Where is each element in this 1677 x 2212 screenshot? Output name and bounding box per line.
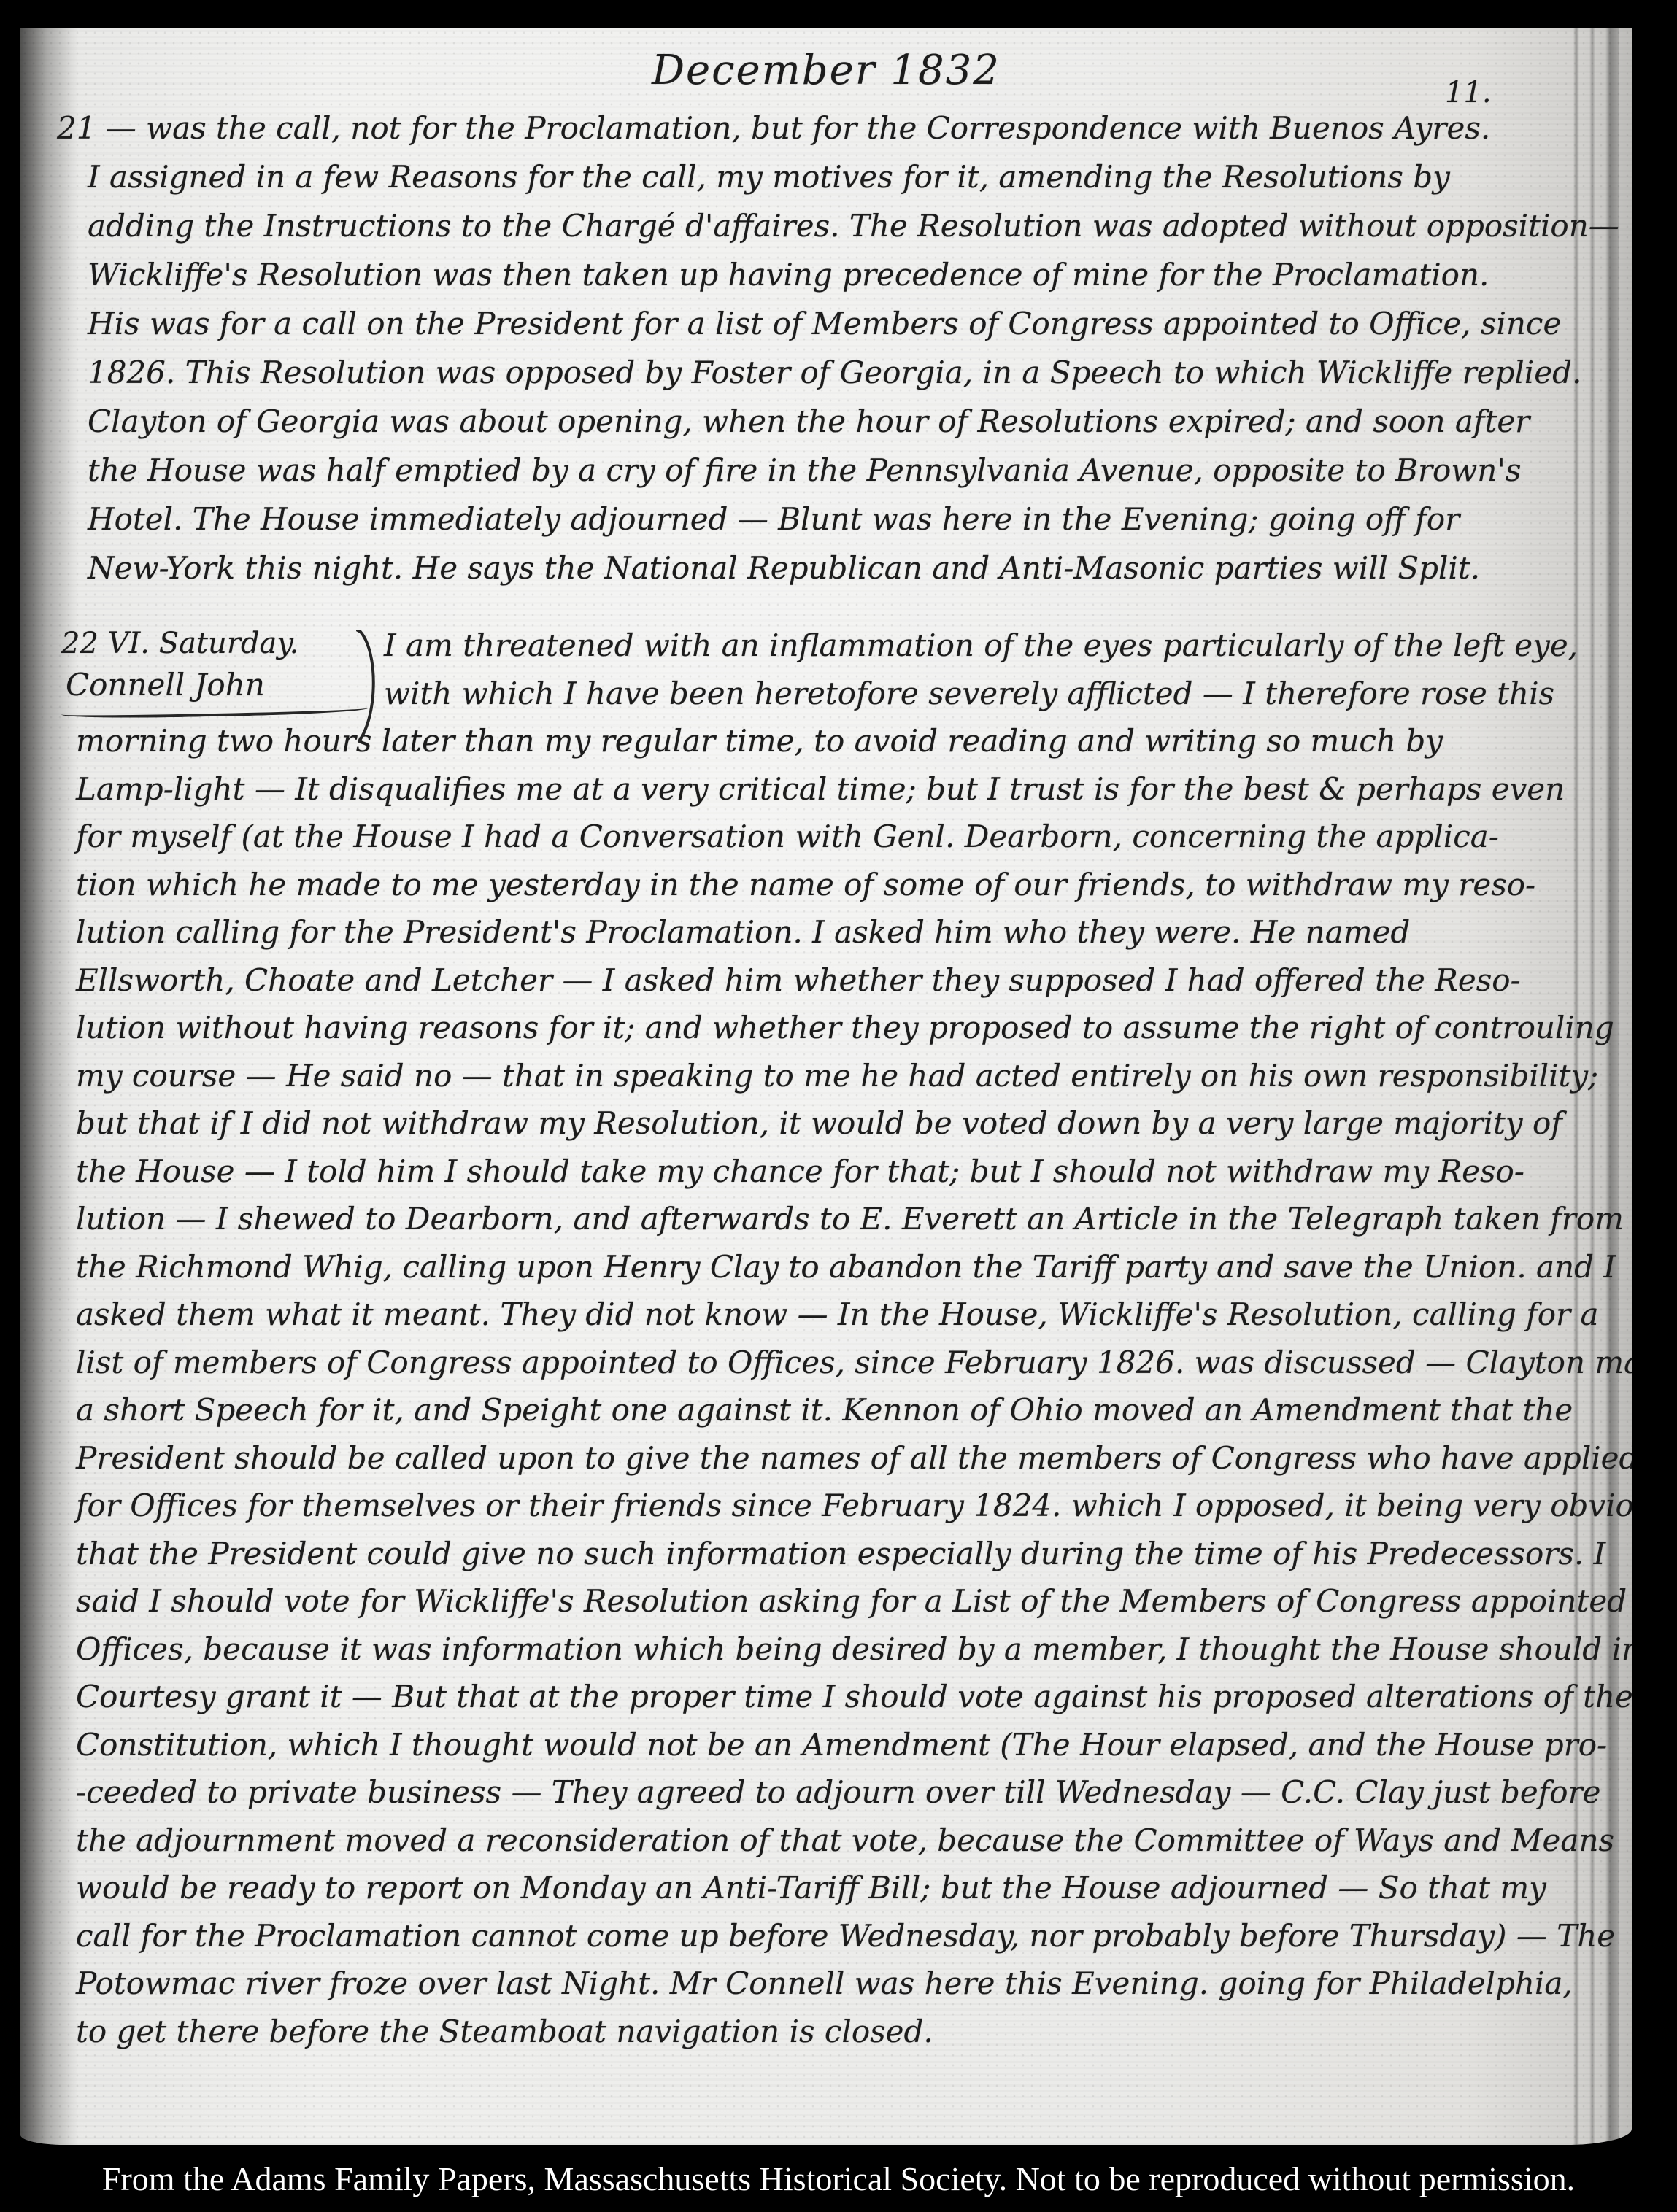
manuscript-line: call for the Proclamation cannot come up… <box>57 1912 1597 1960</box>
manuscript-line: Lamp-light — It disqualifies me at a ver… <box>57 765 1597 813</box>
manuscript-line: adding the Instructions to the Chargé d'… <box>57 201 1597 250</box>
manuscript-line: the House was half emptied by a cry of f… <box>57 446 1597 495</box>
diary-entry-22: 22 VI. Saturday. Connell John I am threa… <box>57 622 1597 2055</box>
diary-entry-21: 21 — was the call, not for the Proclamat… <box>57 104 1597 592</box>
manuscript-line: to get there before the Steamboat naviga… <box>57 2008 1597 2056</box>
manuscript-line: 21 — was the call, not for the Proclamat… <box>57 104 1597 152</box>
manuscript-line: said I should vote for Wickliffe's Resol… <box>57 1577 1597 1625</box>
manuscript-line: President should be called upon to give … <box>57 1434 1597 1482</box>
manuscript-line: my course — He said no — that in speakin… <box>57 1052 1597 1100</box>
manuscript-line: Ellsworth, Choate and Letcher — I asked … <box>57 956 1597 1005</box>
margin-date: 22 VI. Saturday. <box>61 623 382 664</box>
manuscript-line: Offices, because it was information whic… <box>57 1625 1597 1674</box>
scan-background: { "page": { "header_title": "December 18… <box>0 0 1677 2212</box>
page-header-date: December 1832 <box>20 47 1632 94</box>
margin-annotation: 22 VI. Saturday. Connell John <box>61 623 382 716</box>
manuscript-line: asked them what it meant. They did not k… <box>57 1291 1597 1339</box>
manuscript-line: New-York this night. He says the Nationa… <box>57 544 1597 592</box>
manuscript-line: the House — I told him I should take my … <box>57 1148 1597 1196</box>
manuscript-line: Courtesy grant it — But that at the prop… <box>57 1673 1597 1721</box>
manuscript-line: 1826. This Resolution was opposed by Fos… <box>57 348 1597 397</box>
manuscript-line: I assigned in a few Reasons for the call… <box>57 152 1597 201</box>
manuscript-line: Constitution, which I thought would not … <box>57 1721 1597 1769</box>
attribution-bar: From the Adams Family Papers, Massaschus… <box>0 2145 1677 2212</box>
manuscript-line: that the President could give no such in… <box>57 1530 1597 1578</box>
manuscript-line: list of members of Congress appointed to… <box>57 1339 1597 1387</box>
manuscript-line: for myself (at the House I had a Convers… <box>57 813 1597 861</box>
manuscript-line: lution without having reasons for it; an… <box>57 1004 1597 1052</box>
manuscript-line: for Offices for themselves or their frie… <box>57 1482 1597 1530</box>
manuscript-line: a short Speech for it, and Speight one a… <box>57 1386 1597 1434</box>
manuscript-line: -ceeded to private business — They agree… <box>57 1768 1597 1817</box>
manuscript-line: lution calling for the President's Procl… <box>57 908 1597 956</box>
manuscript-line: Hotel. The House immediately adjourned —… <box>57 495 1597 544</box>
manuscript-line: Wickliffe's Resolution was then taken up… <box>57 250 1597 299</box>
manuscript-line: the adjournment moved a reconsideration … <box>57 1817 1597 1865</box>
manuscript-page: December 1832 11. 21 — was the call, not… <box>20 28 1632 2145</box>
manuscript-line: lution — I shewed to Dearborn, and after… <box>57 1195 1597 1243</box>
margin-name: Connell John <box>61 664 382 706</box>
manuscript-line: morning two hours later than my regular … <box>57 717 1597 765</box>
manuscript-line: but that if I did not withdraw my Resolu… <box>57 1099 1597 1148</box>
manuscript-line: Potowmac river froze over last Night. Mr… <box>57 1960 1597 2008</box>
margin-bracket <box>356 630 385 747</box>
manuscript-line: would be ready to report on Monday an An… <box>57 1864 1597 1912</box>
manuscript-line: the Richmond Whig, calling upon Henry Cl… <box>57 1243 1597 1291</box>
attribution-text: From the Adams Family Papers, Massaschus… <box>102 2159 1575 2198</box>
manuscript-line: tion which he made to me yesterday in th… <box>57 861 1597 909</box>
manuscript-line: His was for a call on the President for … <box>57 299 1597 348</box>
manuscript-line: Clayton of Georgia was about opening, wh… <box>57 397 1597 446</box>
